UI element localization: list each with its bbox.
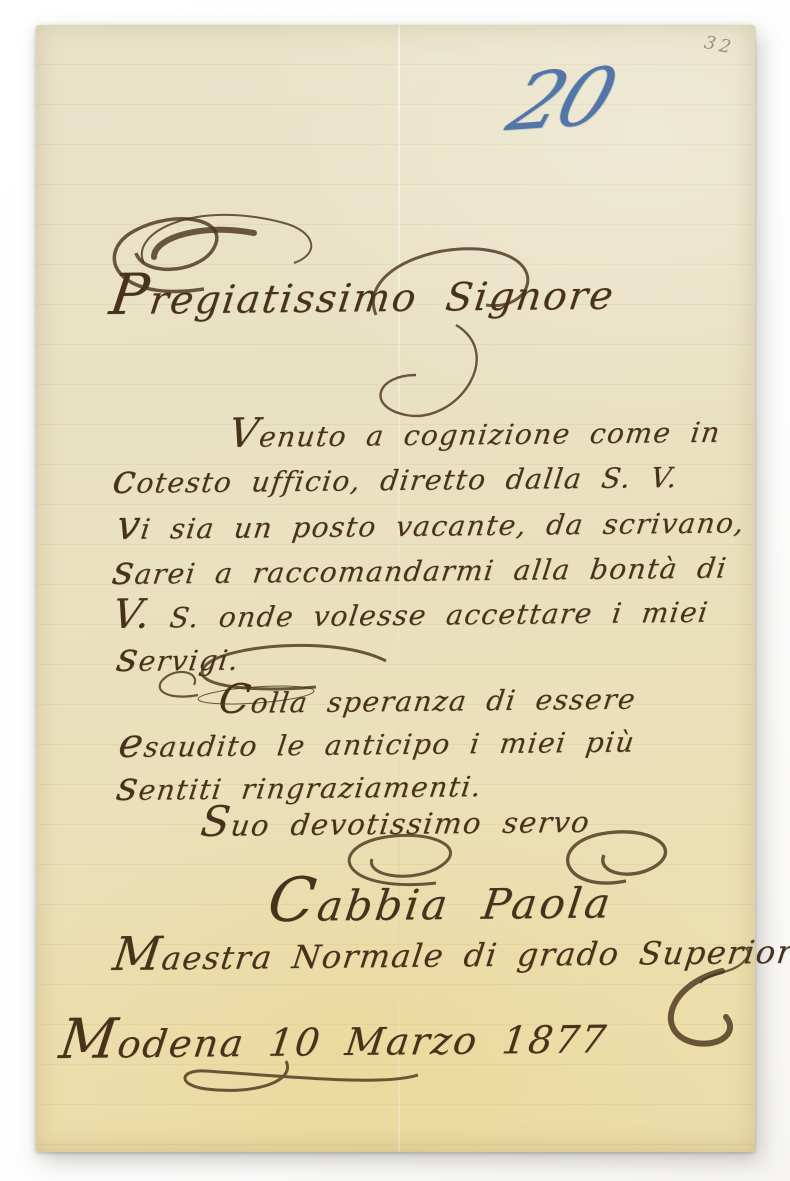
body-line-6: servigi.	[114, 632, 243, 681]
closing-line: Suo devotissimo servo	[198, 793, 594, 846]
dateline: Modena 10 Marzo 1877	[56, 1001, 612, 1071]
body-line-2: cotesto ufficio, diretto dalla S. V.	[110, 449, 682, 503]
body-line-5: V. S. onde volesse accettare i miei	[110, 584, 712, 638]
archival-number-stamp: 20	[497, 50, 624, 149]
signore-initial-flourish	[336, 225, 556, 435]
letter-paper: 32 20 Pregiatissimo Signore Venuto a cog…	[36, 25, 755, 1152]
signature-title: Maestra Normale di grado Superiore	[110, 920, 790, 981]
corner-mark: 32	[702, 32, 737, 59]
photo-background: 32 20 Pregiatissimo Signore Venuto a cog…	[0, 0, 790, 1181]
salutation: Pregiatissimo Signore	[106, 258, 620, 328]
